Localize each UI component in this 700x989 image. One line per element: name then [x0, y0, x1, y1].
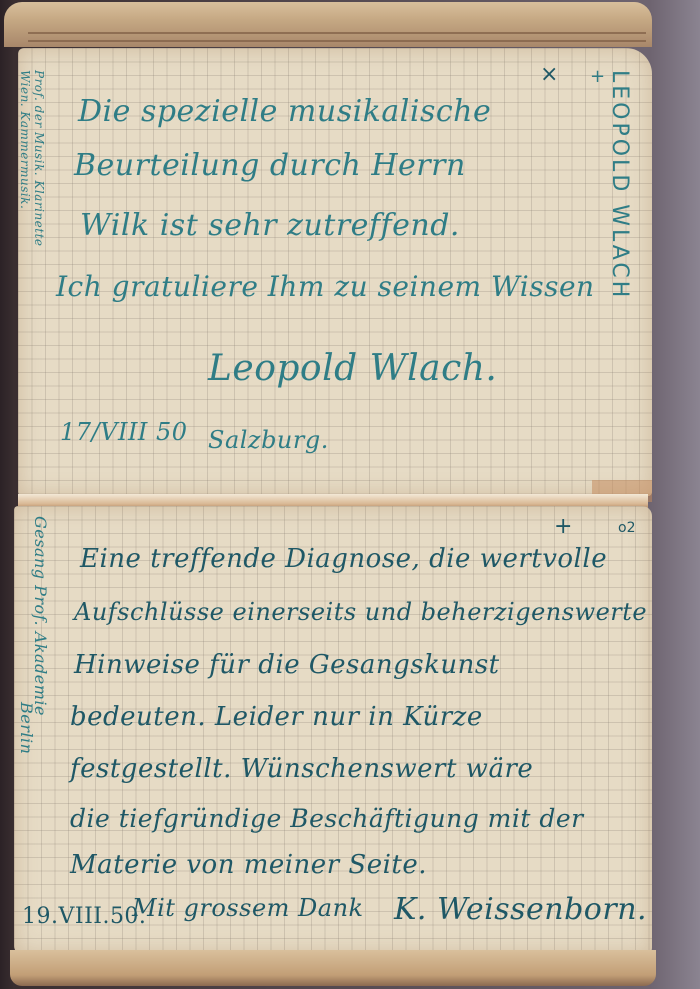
margin-note-left-1: Gesang Prof. Akademie: [31, 516, 50, 716]
date: 19.VIII.50.: [22, 904, 146, 929]
text-line: Hinweise für die Gesangskunst: [74, 650, 500, 680]
margin-note-left-2: Wien. Kammermusik.: [18, 70, 32, 209]
text-line: Materie von meiner Seite.: [70, 850, 427, 880]
notebook-top-edge: [4, 2, 652, 47]
margin-name-vertical: LEOPOLD WLACH: [607, 70, 632, 300]
text-line: Wilk ist sehr zutreffend.: [80, 208, 460, 243]
corner-mark-number: o2: [618, 520, 635, 536]
text-line: die tiefgründige Beschäftigung mit der: [70, 804, 584, 833]
text-line: festgestellt. Wünschenswert wäre: [70, 754, 533, 784]
text-line: Die spezielle musikalische: [78, 94, 491, 129]
lower-page: + o2 Gesang Prof. Akademie Berlin Eine t…: [14, 506, 652, 954]
signature: Leopold Wlach.: [208, 348, 497, 389]
text-line: bedeuten. Leider nur in Kürze: [70, 702, 483, 732]
date: 17/VIII 50: [60, 418, 188, 446]
corner-mark-plus: +: [554, 514, 572, 539]
text-line: Ich gratuliere Ihm zu seinem Wissen: [56, 270, 595, 303]
closing: Mit grossem Dank: [132, 894, 364, 922]
page-edge-line: [28, 32, 646, 34]
corner-mark-x: ×: [540, 62, 558, 87]
upper-page: × + LEOPOLD WLACH Prof. der Musik. Klari…: [18, 48, 652, 496]
margin-note-left-1: Prof. der Musik. Klarinette: [32, 70, 46, 247]
text-line: Beurteilung durch Herrn: [74, 148, 466, 183]
corner-mark-plus: +: [590, 66, 605, 87]
text-line: Aufschlüsse einerseits und beherzigenswe…: [74, 598, 647, 626]
page-edge-line: [28, 40, 646, 42]
margin-note-left-2: Berlin: [17, 702, 36, 754]
place: Salzburg.: [208, 426, 329, 454]
notebook-bottom-edge: [10, 950, 656, 986]
text-line: Eine treffende Diagnose, die wertvolle: [80, 544, 607, 574]
signature: K. Weissenborn.: [394, 892, 647, 927]
